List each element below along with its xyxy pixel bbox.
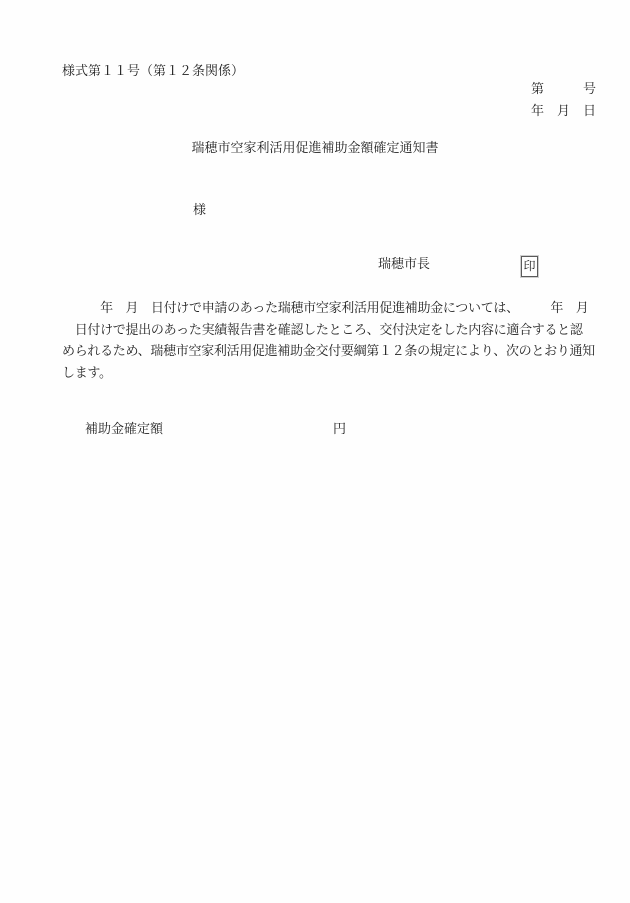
amount-unit: 円	[333, 419, 346, 439]
addressee-suffix: 様	[193, 200, 206, 220]
body-line-1: 年 月 日付けで申請のあった瑞穂市空家利活用促進補助金については、 年 月	[62, 297, 595, 319]
amount-label: 補助金確定額	[85, 419, 163, 439]
body-line-3: められるため、瑞穂市空家利活用促進補助金交付要綱第１２条の規定により、次のとおり…	[62, 340, 595, 362]
sender-name: 瑞穂市長	[378, 254, 430, 274]
document-date-line: 年 月 日	[531, 101, 596, 121]
document-page: 様式第１１号（第１２条関係） 第 号 年 月 日 瑞穂市空家利活用促進補助金額確…	[0, 0, 630, 903]
body-paragraph: 年 月 日付けで申請のあった瑞穂市空家利活用促進補助金については、 年 月 日付…	[62, 297, 595, 383]
form-number: 様式第１１号（第１２条関係）	[62, 61, 244, 81]
document-title: 瑞穂市空家利活用促進補助金額確定通知書	[0, 138, 630, 158]
body-line-2: 日付けで提出のあった実績報告書を確認したところ、交付決定をした内容に適合すると認	[62, 319, 595, 341]
document-number-line: 第 号	[531, 79, 596, 99]
body-line-4: します。	[62, 362, 595, 384]
seal-box: 印	[521, 256, 538, 277]
